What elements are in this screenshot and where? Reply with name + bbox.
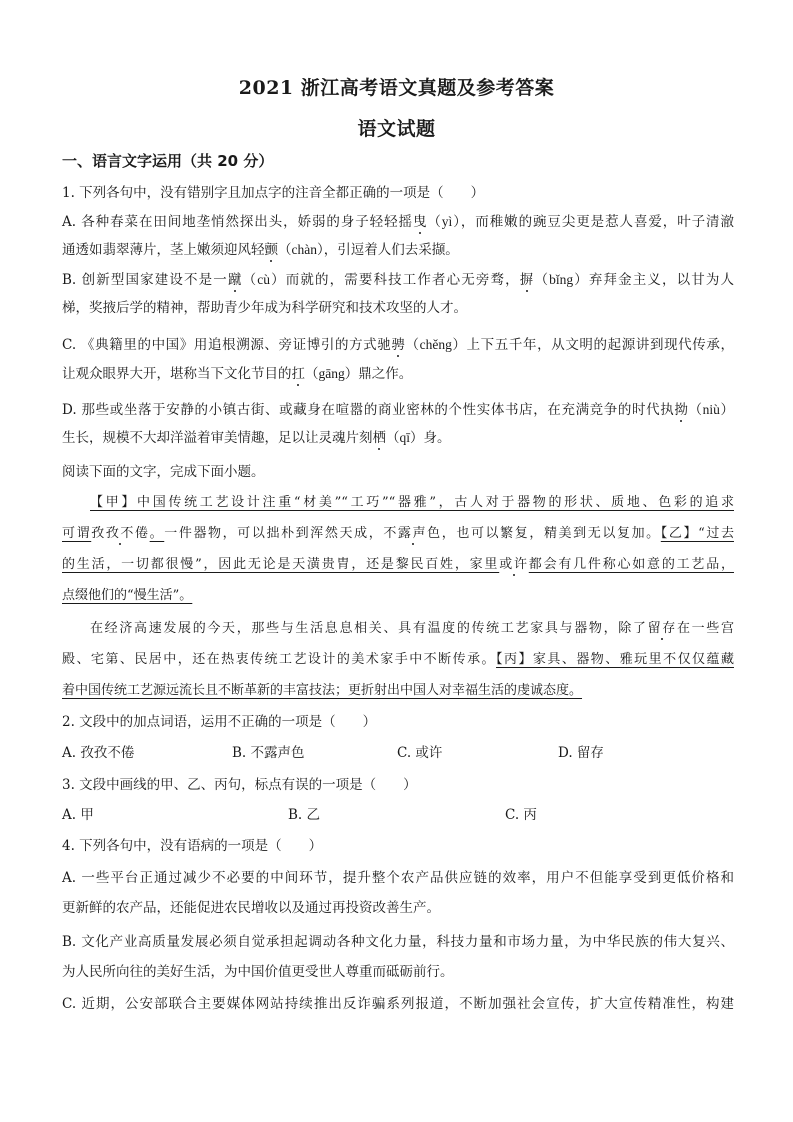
dotted-char: 颤 (265, 242, 279, 258)
dotted-char: 摒 (520, 272, 535, 288)
document-title: 2021 浙江高考语文真题及参考答案 (0, 73, 793, 100)
q2-stem: 2. 文段中的加点词语，运用不正确的一项是（ ） (62, 712, 734, 732)
text: D. 那些或坐落于安静的小镇古街、或藏身在喧嚣的商业密林的个性实体书店，在充满竞… (62, 402, 674, 418)
passage-p2-line3: 着中国传统工艺源远流长且不断革新的丰富技法；更折射出中国人对幸福生活的虔诚态度。 (62, 681, 734, 701)
underlined-text: 可谓 (62, 526, 91, 541)
underlined-text: 着中国传统工艺源远流长且不断革新的丰富技法；更折射出中国人对幸福生活的虔诚态度。 (62, 683, 582, 698)
q3-option-c: C. 丙 (505, 805, 537, 825)
text: ，也可以繁复，精美到无以复加。 (442, 526, 661, 541)
q1-option-c-line2: 让观众眼界大开，堪称当下文化节目的扛（gāng）鼎之作。 (62, 364, 734, 384)
underlined-text: 点缀他们的“慢生活”。 (62, 588, 192, 603)
dotted-char: 骋 (391, 337, 405, 353)
text: 在一些宫 (677, 621, 734, 636)
q4-option-a-line2: 更新鲜的农产品，还能促进农民增收以及通过再投资改善生产。 (62, 898, 734, 918)
document-subtitle: 语文试题 (0, 114, 793, 141)
dotted-word: 或许 (499, 557, 529, 572)
q1-option-b-line2: 梯，奖掖后学的精神，帮助青少年成为科学研究和技术攻坚的人才。 (62, 298, 734, 318)
text: （yì），而稚嫩的豌豆尖更是惹人喜爱，叶子清澈 (427, 214, 734, 229)
text: （bǐng）弃拜金主义，以甘为人 (534, 272, 734, 287)
dotted-char: 拗 (674, 402, 688, 418)
q1-stem: 1. 下列各句中，没有错别字且加点字的注音全都正确的一项是（ ） (62, 183, 734, 203)
text: C. 《典籍里的中国》用追根溯源、旁证博引的方式驰 (62, 337, 391, 353)
dotted-char: 蹴 (228, 272, 243, 288)
q3-stem: 3. 文段中画线的甲、乙、丙句，标点有误的一项是（ ） (62, 775, 734, 795)
passage-p1-line3: 的生活，一切都很慢”，因此无论是天潢贵胄，还是黎民百姓，家里或许都会有几件称心如… (62, 555, 734, 575)
q1-option-c-line1: C. 《典籍里的中国》用追根溯源、旁证博引的方式驰骋（chěng）上下五千年，从… (62, 335, 734, 355)
text: 殿、宅第、民居中，还在热衷传统工艺设计的美术家手中不断传承。 (62, 652, 496, 667)
passage-p2-line2: 殿、宅第、民居中，还在热衷传统工艺设计的美术家手中不断传承。【丙】家具、器物、雅… (62, 650, 734, 670)
underlined-sentence-yi: 【乙】“过去 (661, 526, 734, 541)
dotted-char: 栖 (373, 430, 387, 446)
text: 通透如翡翠薄片，茎上嫩须迎风轻 (62, 242, 265, 258)
passage-p2-line1: 在经济高速发展的今天，那些与生活息息相关、具有温度的传统工艺家具与器物，除了留存… (62, 619, 734, 639)
q1-option-d-line1: D. 那些或坐落于安静的小镇古街、或藏身在喧嚣的商业密林的个性实体书店，在充满竞… (62, 400, 734, 420)
q3-option-a: A. 甲 (62, 805, 94, 825)
text: （chàn），引逗着人们去采撷。 (278, 242, 459, 257)
q4-stem: 4. 下列各句中，没有语病的一项是（ ） (62, 836, 734, 856)
q4-option-b-line2: 为人民所向往的美好生活，为中国价值更受世人尊重而砥砺前行。 (62, 962, 734, 982)
passage-p1-line4: 点缀他们的“慢生活”。 (62, 586, 734, 606)
q1-option-a-line2: 通透如翡翠薄片，茎上嫩须迎风轻颤（chàn），引逗着人们去采撷。 (62, 240, 734, 260)
dotted-word: 孜孜不倦 (91, 526, 149, 541)
text: B. 创新型国家建设不是一 (62, 272, 228, 288)
dotted-word: 不露声色 (383, 526, 441, 541)
passage-p1-line1: 【甲】中国传统工艺设计注重“材美”“工巧”“器雅”，古人对于器物的形状、质地、色… (62, 493, 734, 513)
exam-page: 2021 浙江高考语文真题及参考答案 语文试题 一、语言文字运用（共 20 分）… (0, 0, 793, 1122)
text: 在经济高速发展的今天，那些与生活息息相关、具有温度的传统工艺家具与器物，除了 (90, 621, 648, 636)
text: （cù）而就的，需要科技工作者心无旁骛， (243, 272, 520, 287)
q2-option-a: A. 孜孜不倦 (62, 743, 134, 763)
underlined-text: 都会有几件称心如意的工艺品， (529, 557, 734, 572)
text: 生长，规模不大却洋溢着审美情趣，足以让灵魂片刻 (62, 430, 373, 446)
underlined-text: 。 (150, 526, 165, 541)
reading-prompt: 阅读下面的文字，完成下面小题。 (62, 462, 734, 482)
q4-option-a-line1: A. 一些平台正通过减少不必要的中间环节，提升整个农产品供应链的效率，用户不但能… (62, 868, 734, 888)
text: （gāng）鼎之作。 (305, 366, 412, 381)
q2-option-c: C. 或许 (397, 743, 442, 763)
dotted-word: 留存 (648, 621, 677, 636)
q4-option-c-line1: C. 近期，公安部联合主要媒体网站持续推出反诈骗系列报道，不断加强社会宣传，扩大… (62, 994, 734, 1014)
text: A. 各种春菜在田间地垄悄然探出头，娇弱的身子轻轻摇 (62, 214, 413, 230)
text: 让观众眼界大开，堪称当下文化节目的 (62, 366, 292, 382)
text: （niù） (689, 402, 734, 417)
underlined-sentence-bing: 【丙】家具、器物、雅玩里不仅仅蕴藏 (496, 652, 734, 667)
text: 一件器物，可以拙朴到浑然天成， (164, 526, 383, 541)
q1-option-d-line2: 生长，规模不大却洋溢着审美情趣，足以让灵魂片刻栖（qī）身。 (62, 428, 734, 448)
dotted-char: 曳 (413, 214, 427, 230)
section-heading: 一、语言文字运用（共 20 分） (62, 150, 273, 171)
q4-option-b-line1: B. 文化产业高质量发展必须自觉承担起调动各种文化力量，科技力量和市场力量，为中… (62, 932, 734, 952)
underlined-text: 的生活，一切都很慢”，因此无论是天潢贵胄，还是黎民百姓，家里 (62, 557, 499, 572)
q2-option-d: D. 留存 (558, 743, 604, 763)
q2-option-b: B. 不露声色 (232, 743, 305, 763)
passage-p1-line2: 可谓孜孜不倦。一件器物，可以拙朴到浑然天成，不露声色，也可以繁复，精美到无以复加… (62, 524, 734, 544)
text: （chěng）上下五千年，从文明的起源讲到现代传承， (406, 337, 735, 352)
q1-option-a-line1: A. 各种春菜在田间地垄悄然探出头，娇弱的身子轻轻摇曳（yì），而稚嫩的豌豆尖更… (62, 212, 734, 232)
underlined-sentence-jia: 【甲】中国传统工艺设计注重“材美”“工巧”“器雅”，古人对于器物的形状、质地、色… (90, 495, 734, 510)
q3-option-b: B. 乙 (288, 805, 320, 825)
dotted-char: 扛 (292, 366, 306, 382)
text: （qī）身。 (386, 430, 451, 445)
q1-option-b-line1: B. 创新型国家建设不是一蹴（cù）而就的，需要科技工作者心无旁骛，摒（bǐng… (62, 270, 734, 290)
